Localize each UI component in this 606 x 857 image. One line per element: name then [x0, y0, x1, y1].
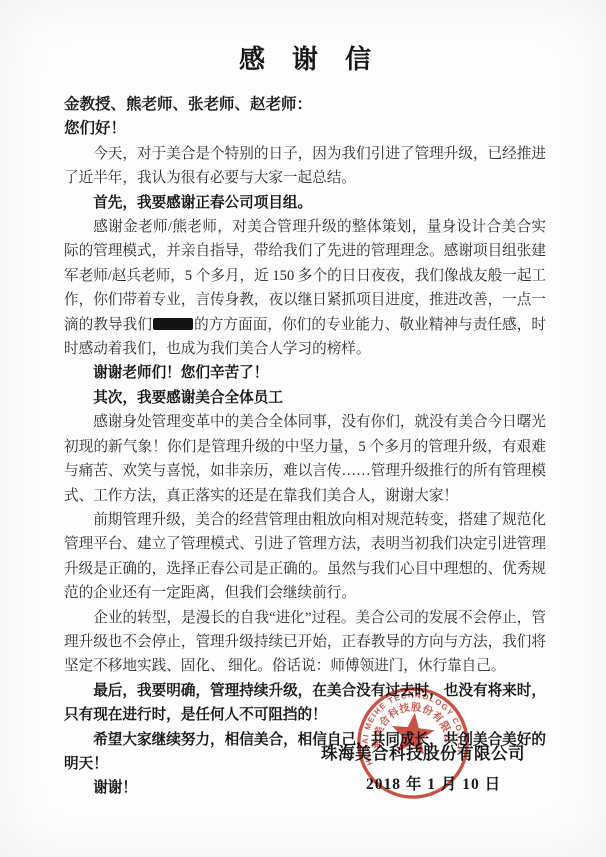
scanned-letter-page: 感 谢 信 金教授、熊老师、张老师、赵老师： 您们好！ 今天，对于美合是个特别的… [0, 0, 606, 857]
paragraph: 其次，我要感谢美合全体员工 [64, 386, 546, 410]
stamp-english-arc: ZHUHAI MEIHE TECHNOLOGY CO., LTD. [350, 680, 467, 768]
letter-body: 今天，对于美合是个特别的日子，因为我们引进了管理升级，已经推进了近半年，我认为很… [64, 142, 546, 801]
paragraph-text: 企业的转型，是漫长的自我“进化”过程。美合公司的发展不会停止，管理升级也不会停止… [64, 610, 546, 675]
stamp-svg: ZHUHAI MEIHE TECHNOLOGY CO., LTD. 珠海美合科技… [350, 680, 476, 806]
letter-content: 感 谢 信 金教授、熊老师、张老师、赵老师： 您们好！ 今天，对于美合是个特别的… [64, 42, 546, 801]
paragraph: 感谢身处管理变革中的美合全体同事，没有你们，就没有美合今日曙光初现的新气象！你们… [64, 410, 546, 508]
paragraph: 首先，我要感谢正春公司项目组。 [64, 191, 546, 215]
paragraph-text: 谢谢老师们！您们辛苦了！ [93, 365, 268, 381]
paragraph: 最后，我要明确，管理持续升级，在美合没有过去时，也没有将来时，只有现在进行时，是… [64, 679, 546, 728]
page-title: 感 谢 信 [74, 42, 546, 76]
paragraph-text: 前期管理升级，美合的经营管理由粗放向相对规范转变，搭建了规范化管理平台、建立了管… [64, 512, 546, 601]
paragraph-text: 其次，我要感谢美合全体员工 [93, 390, 283, 406]
company-seal-stamp: ZHUHAI MEIHE TECHNOLOGY CO., LTD. 珠海美合科技… [350, 680, 476, 806]
paragraph: 感谢金老师/熊老师，对美合管理升级的整体策划，量身设计合美合实际的管理模式，并亲… [64, 215, 546, 361]
paragraph-text: 最后，我要明确，管理持续升级，在美合没有过去时，也没有将来时，只有现在进行时，是… [64, 683, 546, 723]
paragraph-text: 今天，对于美合是个特别的日子，因为我们引进了管理升级，已经推进了近半年，我认为很… [64, 146, 546, 186]
greeting: 您们好！ [64, 117, 546, 141]
paragraph-text: 首先，我要感谢正春公司项目组。 [93, 195, 312, 211]
paragraph: 今天，对于美合是个特别的日子，因为我们引进了管理升级，已经推进了近半年，我认为很… [64, 142, 546, 191]
paragraph: 谢谢老师们！您们辛苦了！ [64, 361, 546, 385]
redaction-mark [153, 318, 193, 330]
salutation: 金教授、熊老师、张老师、赵老师： [64, 93, 546, 117]
paragraph: 企业的转型，是漫长的自我“进化”过程。美合公司的发展不会停止，管理升级也不会停止… [64, 606, 546, 679]
paragraph-text: 感谢身处管理变革中的美合全体同事，没有你们，就没有美合今日曙光初现的新气象！你们… [64, 414, 546, 503]
paragraph: 前期管理升级，美合的经营管理由粗放向相对规范转变，搭建了规范化管理平台、建立了管… [64, 508, 546, 606]
paragraph-text: 感谢金老师/熊老师，对美合管理升级的整体策划，量身设计合美合实际的管理模式，并亲… [64, 219, 546, 333]
paragraph-text: 谢谢！ [93, 780, 137, 796]
